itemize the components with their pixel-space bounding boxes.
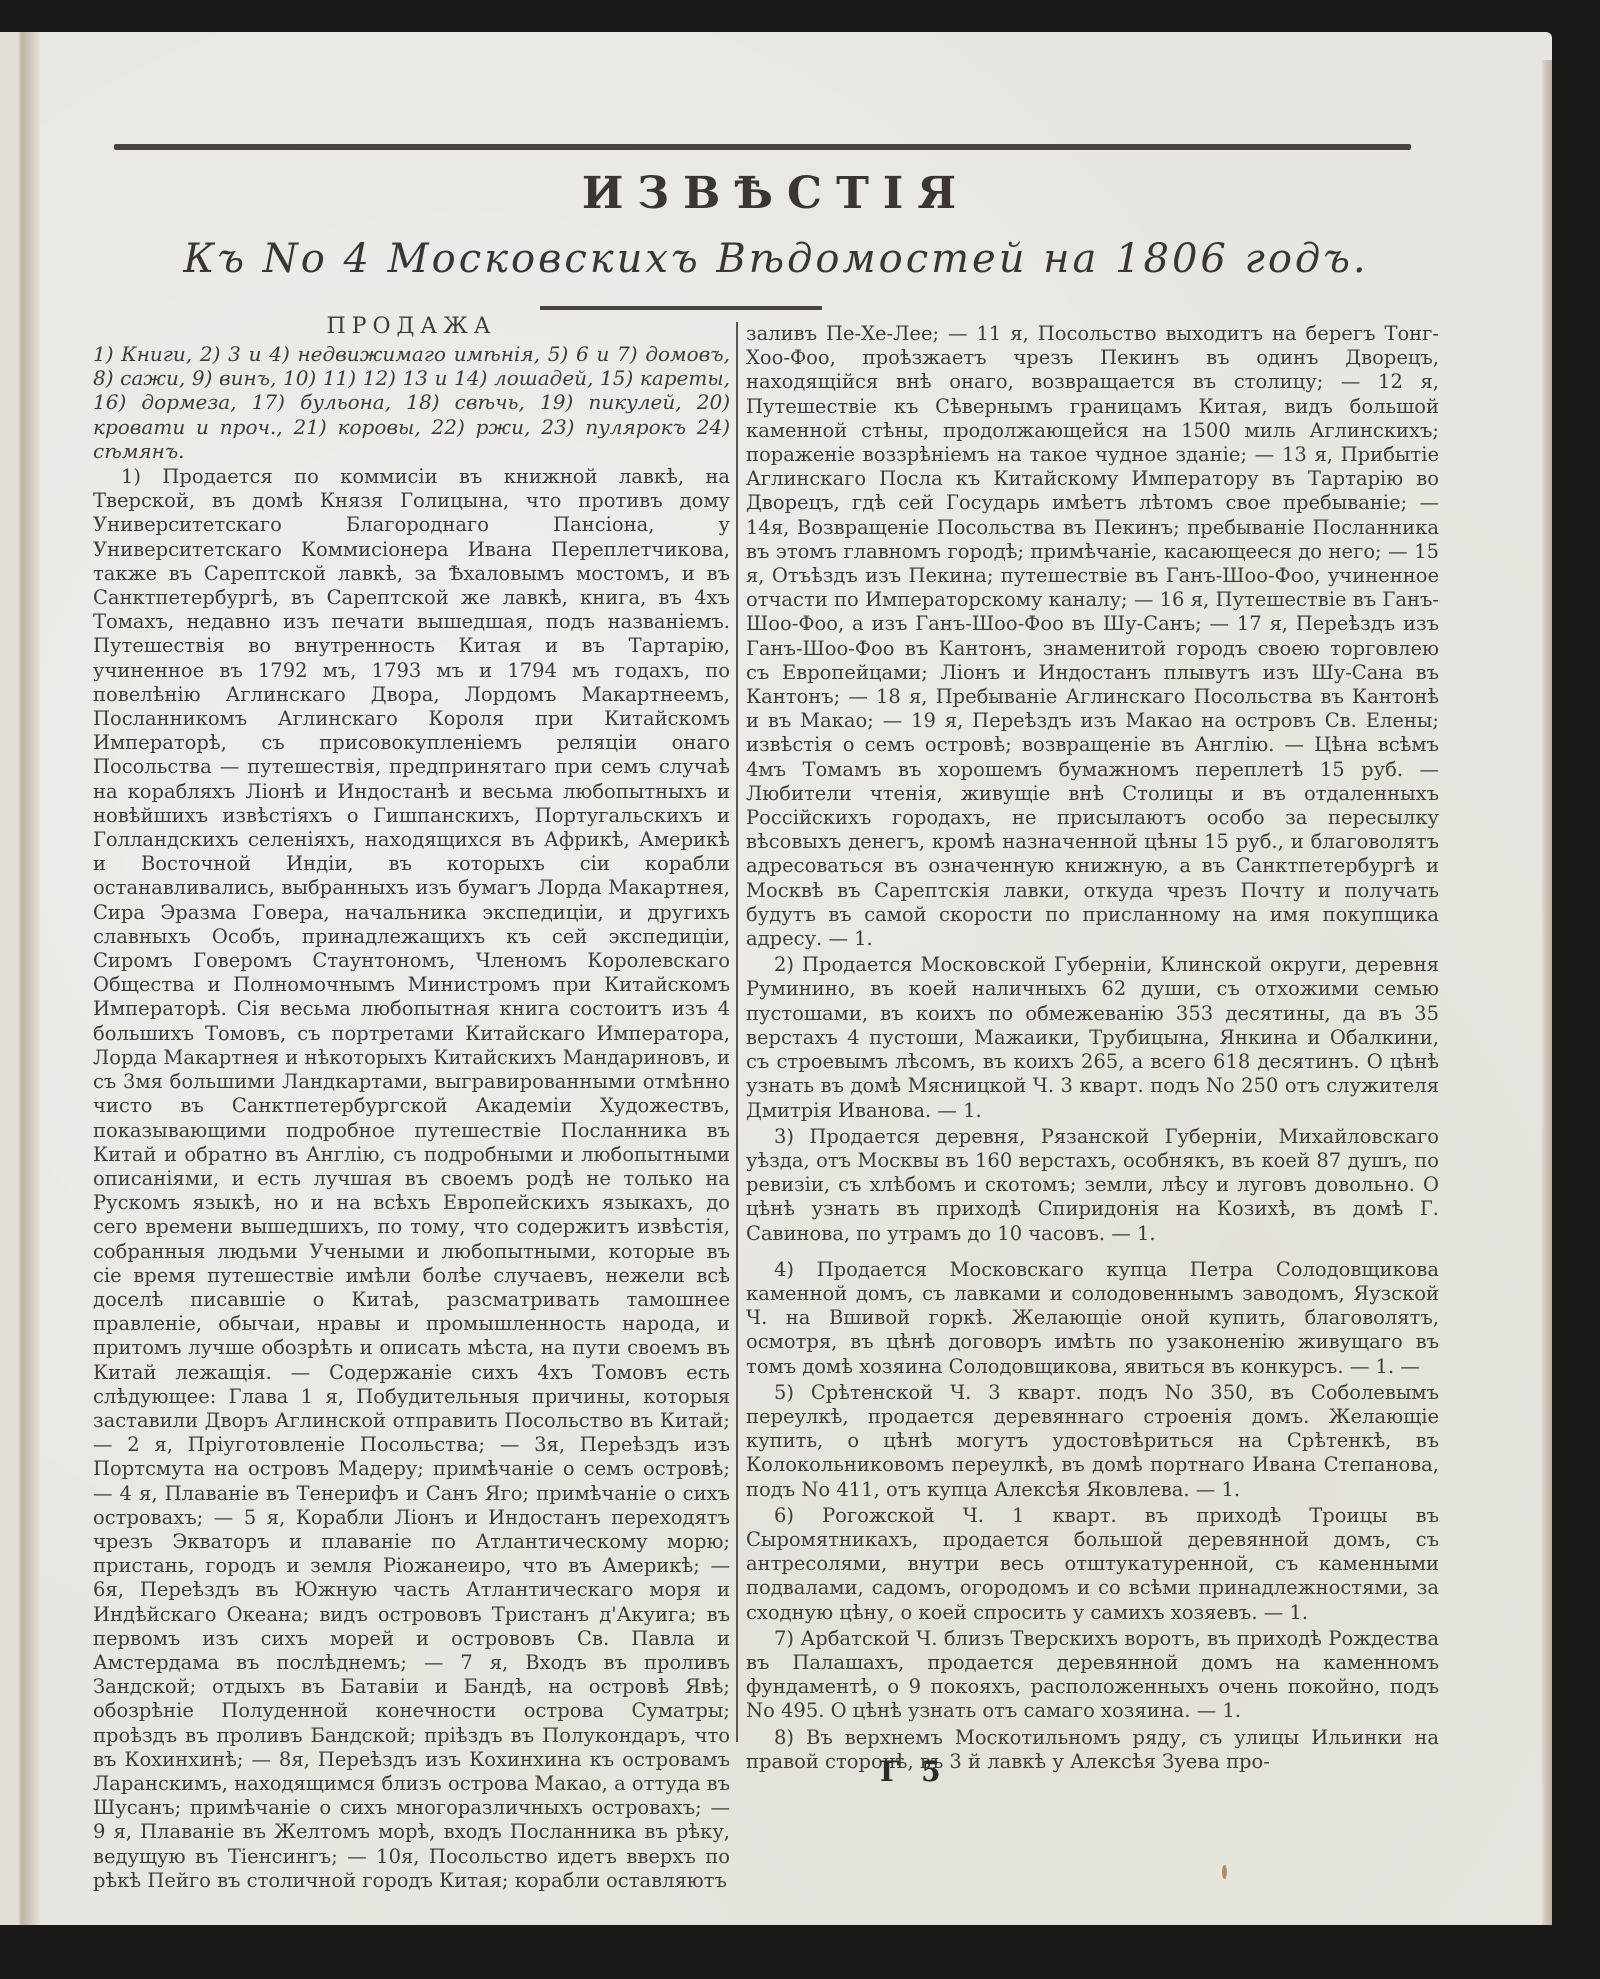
masthead-title: ИЗВѢСТІЯ bbox=[0, 168, 1552, 219]
signature-mark: Г 5 bbox=[880, 1755, 947, 1788]
section-rule bbox=[540, 306, 822, 310]
section-index: 1) Книги, 2) 3 и 4) недвижимаго имѣнія, … bbox=[93, 342, 730, 463]
masthead-subtitle: Къ No 4 Московскихъ Вѣдомостей на 1806 г… bbox=[0, 236, 1552, 282]
advert-1-book: 1) Продается по коммисіи въ книжной лавк… bbox=[93, 465, 730, 1893]
binding-gutter bbox=[0, 32, 40, 1925]
right-column: заливъ Пе-Хе-Лее; — 11 я, Посольство вых… bbox=[746, 322, 1439, 1774]
advert-4-house: 4) Продается Московскаго купца Петра Сол… bbox=[746, 1258, 1439, 1379]
masthead-rule bbox=[114, 144, 1411, 150]
advert-8-shop: 8) Въ верхнемъ Москотильномъ ряду, съ ул… bbox=[746, 1726, 1439, 1774]
advert-3-village: 3) Продается деревня, Рязанской Губерніи… bbox=[746, 1125, 1439, 1246]
foxing-spot bbox=[1222, 1865, 1227, 1879]
left-column: ПРОДАЖА 1) Книги, 2) 3 и 4) недвижимаго … bbox=[93, 314, 730, 1893]
advert-7-house: 7) Арбатской Ч. близъ Тверскихъ воротъ, … bbox=[746, 1627, 1439, 1724]
advert-2-estate: 2) Продается Московской Губерніи, Клинск… bbox=[746, 953, 1439, 1122]
advert-5-house: 5) Срѣтенской Ч. 3 кварт. подъ No 350, в… bbox=[746, 1381, 1439, 1502]
section-heading: ПРОДАЖА bbox=[93, 314, 730, 340]
column-divider bbox=[736, 322, 738, 1742]
page-edge bbox=[1542, 60, 1552, 1925]
advert-1-continued: заливъ Пе-Хе-Лее; — 11 я, Посольство вых… bbox=[746, 322, 1439, 951]
advert-6-house: 6) Рогожской Ч. 1 кварт. въ приходѣ Трои… bbox=[746, 1504, 1439, 1625]
